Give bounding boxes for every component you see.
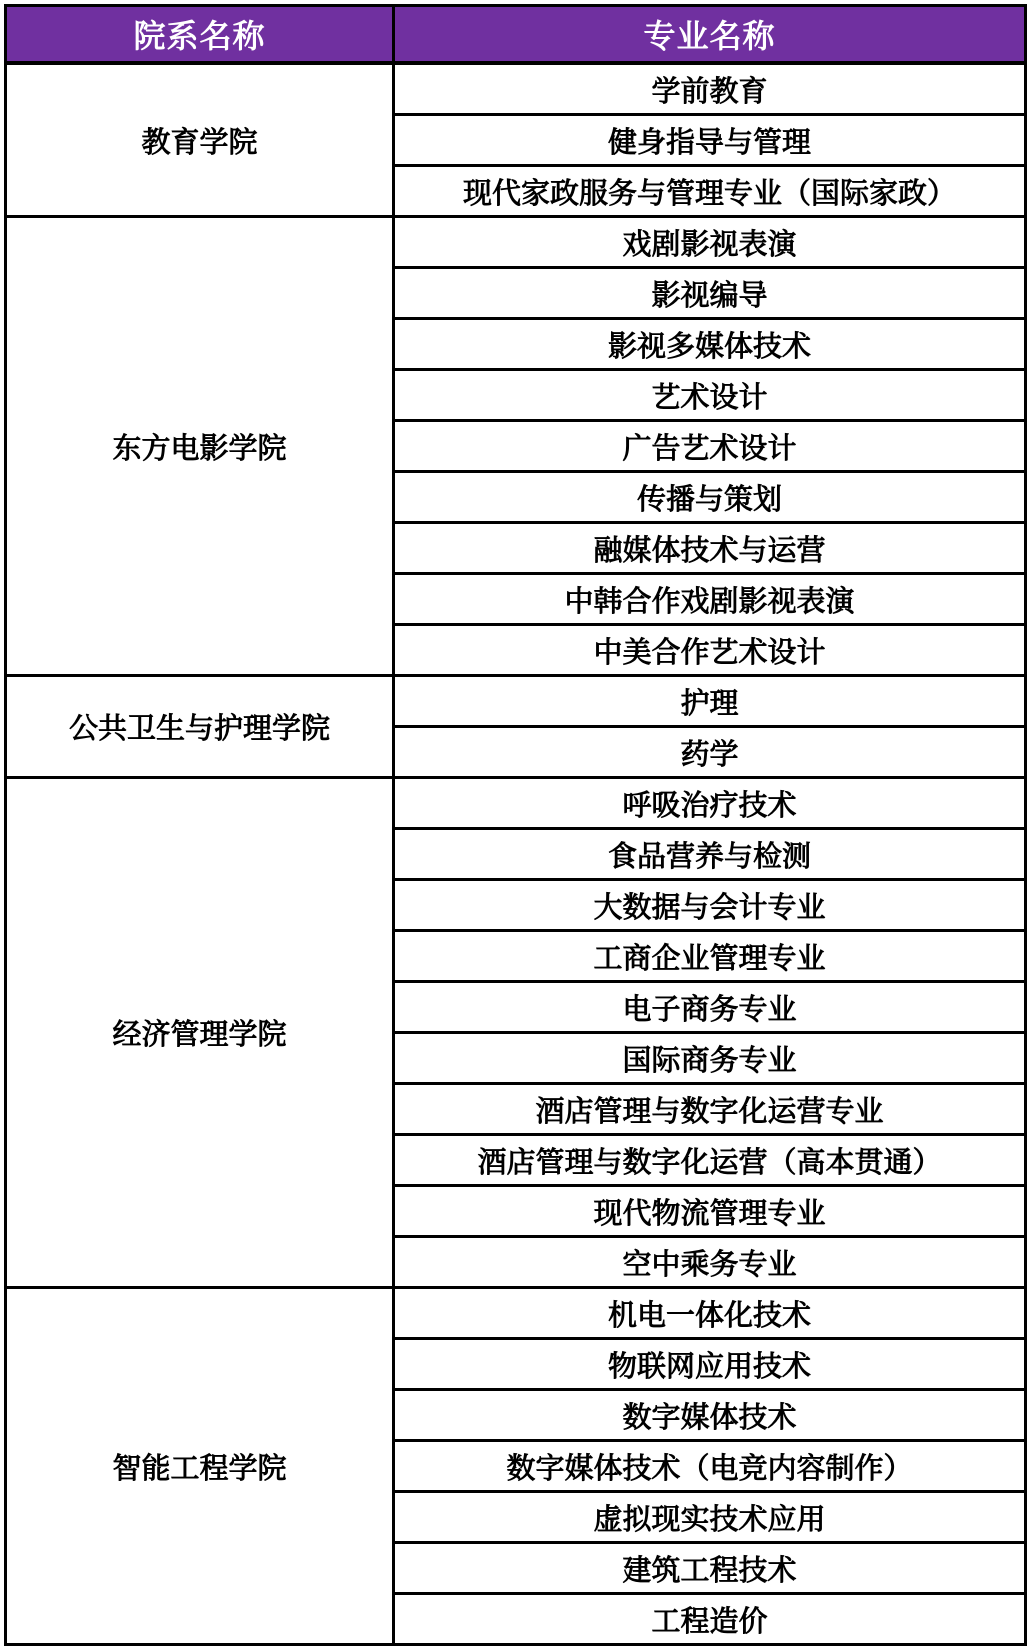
college-cell: 东方电影学院 <box>6 217 394 676</box>
major-cell: 酒店管理与数字化运营（高本贯通） <box>394 1135 1026 1186</box>
major-cell: 数字媒体技术（电竞内容制作） <box>394 1441 1026 1492</box>
table-row: 公共卫生与护理学院护理 <box>6 676 1026 727</box>
header-cell-major: 专业名称 <box>394 6 1026 64</box>
major-cell: 数字媒体技术 <box>394 1390 1026 1441</box>
table-row: 智能工程学院机电一体化技术 <box>6 1288 1026 1339</box>
major-cell: 戏剧影视表演 <box>394 217 1026 268</box>
major-cell: 食品营养与检测 <box>394 829 1026 880</box>
major-cell: 国际商务专业 <box>394 1033 1026 1084</box>
major-cell: 中韩合作戏剧影视表演 <box>394 574 1026 625</box>
major-cell: 机电一体化技术 <box>394 1288 1026 1339</box>
major-cell: 中美合作艺术设计 <box>394 625 1026 676</box>
major-cell: 建筑工程技术 <box>394 1543 1026 1594</box>
major-cell: 影视编导 <box>394 268 1026 319</box>
major-cell: 健身指导与管理 <box>394 115 1026 166</box>
major-cell: 融媒体技术与运营 <box>394 523 1026 574</box>
major-cell: 虚拟现实技术应用 <box>394 1492 1026 1543</box>
major-cell: 空中乘务专业 <box>394 1237 1026 1288</box>
major-cell: 现代家政服务与管理专业（国际家政） <box>394 166 1026 217</box>
major-cell: 传播与策划 <box>394 472 1026 523</box>
major-cell: 呼吸治疗技术 <box>394 778 1026 829</box>
major-cell: 物联网应用技术 <box>394 1339 1026 1390</box>
major-cell: 药学 <box>394 727 1026 778</box>
major-cell: 学前教育 <box>394 63 1026 115</box>
college-cell: 教育学院 <box>6 63 394 217</box>
header-row: 院系名称 专业名称 <box>6 6 1026 64</box>
major-cell: 电子商务专业 <box>394 982 1026 1033</box>
table-row: 教育学院学前教育 <box>6 63 1026 115</box>
college-cell: 智能工程学院 <box>6 1288 394 1645</box>
table-row: 东方电影学院戏剧影视表演 <box>6 217 1026 268</box>
table-header: 院系名称 专业名称 <box>6 6 1026 64</box>
major-cell: 广告艺术设计 <box>394 421 1026 472</box>
major-cell: 现代物流管理专业 <box>394 1186 1026 1237</box>
major-cell: 工商企业管理专业 <box>394 931 1026 982</box>
major-cell: 酒店管理与数字化运营专业 <box>394 1084 1026 1135</box>
college-cell: 经济管理学院 <box>6 778 394 1288</box>
major-cell: 影视多媒体技术 <box>394 319 1026 370</box>
major-cell: 护理 <box>394 676 1026 727</box>
header-cell-college: 院系名称 <box>6 6 394 64</box>
college-majors-table: 院系名称 专业名称 教育学院学前教育健身指导与管理现代家政服务与管理专业（国际家… <box>4 4 1027 1646</box>
page: 院系名称 专业名称 教育学院学前教育健身指导与管理现代家政服务与管理专业（国际家… <box>0 0 1031 1643</box>
college-cell: 公共卫生与护理学院 <box>6 676 394 778</box>
major-cell: 工程造价 <box>394 1594 1026 1645</box>
major-cell: 艺术设计 <box>394 370 1026 421</box>
major-cell: 大数据与会计专业 <box>394 880 1026 931</box>
table-body: 教育学院学前教育健身指导与管理现代家政服务与管理专业（国际家政）东方电影学院戏剧… <box>6 63 1026 1645</box>
table-row: 经济管理学院呼吸治疗技术 <box>6 778 1026 829</box>
